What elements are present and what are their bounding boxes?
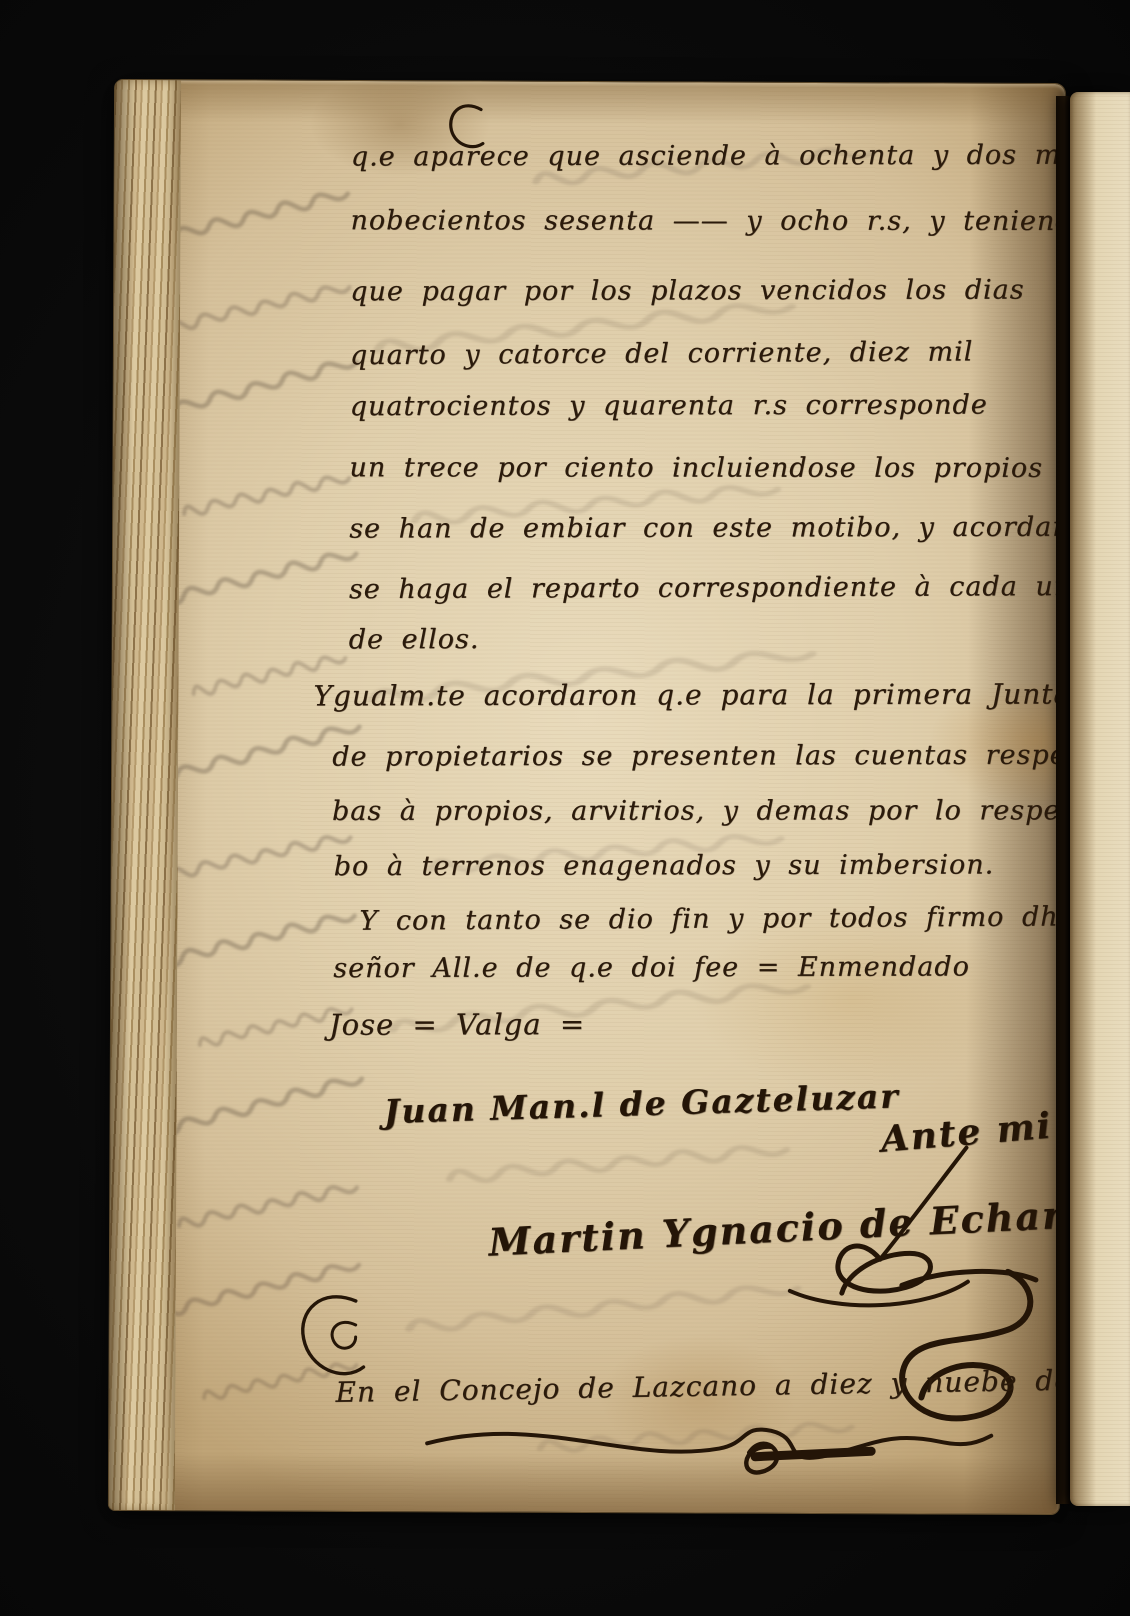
handwriting-layer: q.e aparece que asciende à ochenta y dos… xyxy=(109,80,1065,1514)
manuscript-page: q.e aparece que asciende à ochenta y dos… xyxy=(109,80,1065,1514)
manuscript-line: nobecientos sesenta —— y ocho r.s, y ten… xyxy=(351,205,1091,237)
manuscript-line: de propietarios se presenten las cuentas… xyxy=(332,740,1114,773)
page-stack-edges xyxy=(109,80,181,1510)
manuscript-line: señor All.e de q.e doi fee = Enmendado xyxy=(333,951,970,984)
manuscript-line: Y con tanto se dio fin y por todos firmo… xyxy=(359,901,1076,936)
binding-gutter-shadow xyxy=(1056,96,1070,1504)
manuscript-line: quarto y catorce del corriente, diez mil xyxy=(350,336,974,371)
manuscript-line: bas à propios, arvitrios, y demas por lo… xyxy=(332,795,1108,827)
manuscript-line: Jose = Valga = xyxy=(329,1007,585,1042)
manuscript-line: un trece por ciento incluiendose los pro… xyxy=(349,452,1105,484)
manuscript-line: se han de embiar con este motibo, y acor… xyxy=(349,512,1102,545)
adjacent-page-sliver xyxy=(1070,92,1130,1506)
manuscript-line: Ygualm.te acordaron q.e para la primera … xyxy=(313,677,1071,712)
manuscript-scan: { "scene": { "background_color": "#0a0a0… xyxy=(0,0,1130,1616)
signature-juan-gazteluzar: Juan Man.l de Gazteluzar xyxy=(383,1076,900,1131)
manuscript-line: se haga el reparto correspondiente à cad… xyxy=(349,571,1090,605)
manuscript-line: bo à terrenos enagenados y su imbersion. xyxy=(334,849,995,882)
manuscript-line: de ellos. xyxy=(349,624,480,655)
closing-swash-flourish xyxy=(419,1409,999,1486)
manuscript-line: que pagar por los plazos vencidos los di… xyxy=(350,275,1024,308)
manuscript-line: q.e aparece que asciende à ochenta y dos… xyxy=(351,140,1081,173)
manuscript-line: quatrocientos y quarenta r.s corresponde xyxy=(350,390,988,423)
entry-initial-flourish xyxy=(291,1291,377,1387)
